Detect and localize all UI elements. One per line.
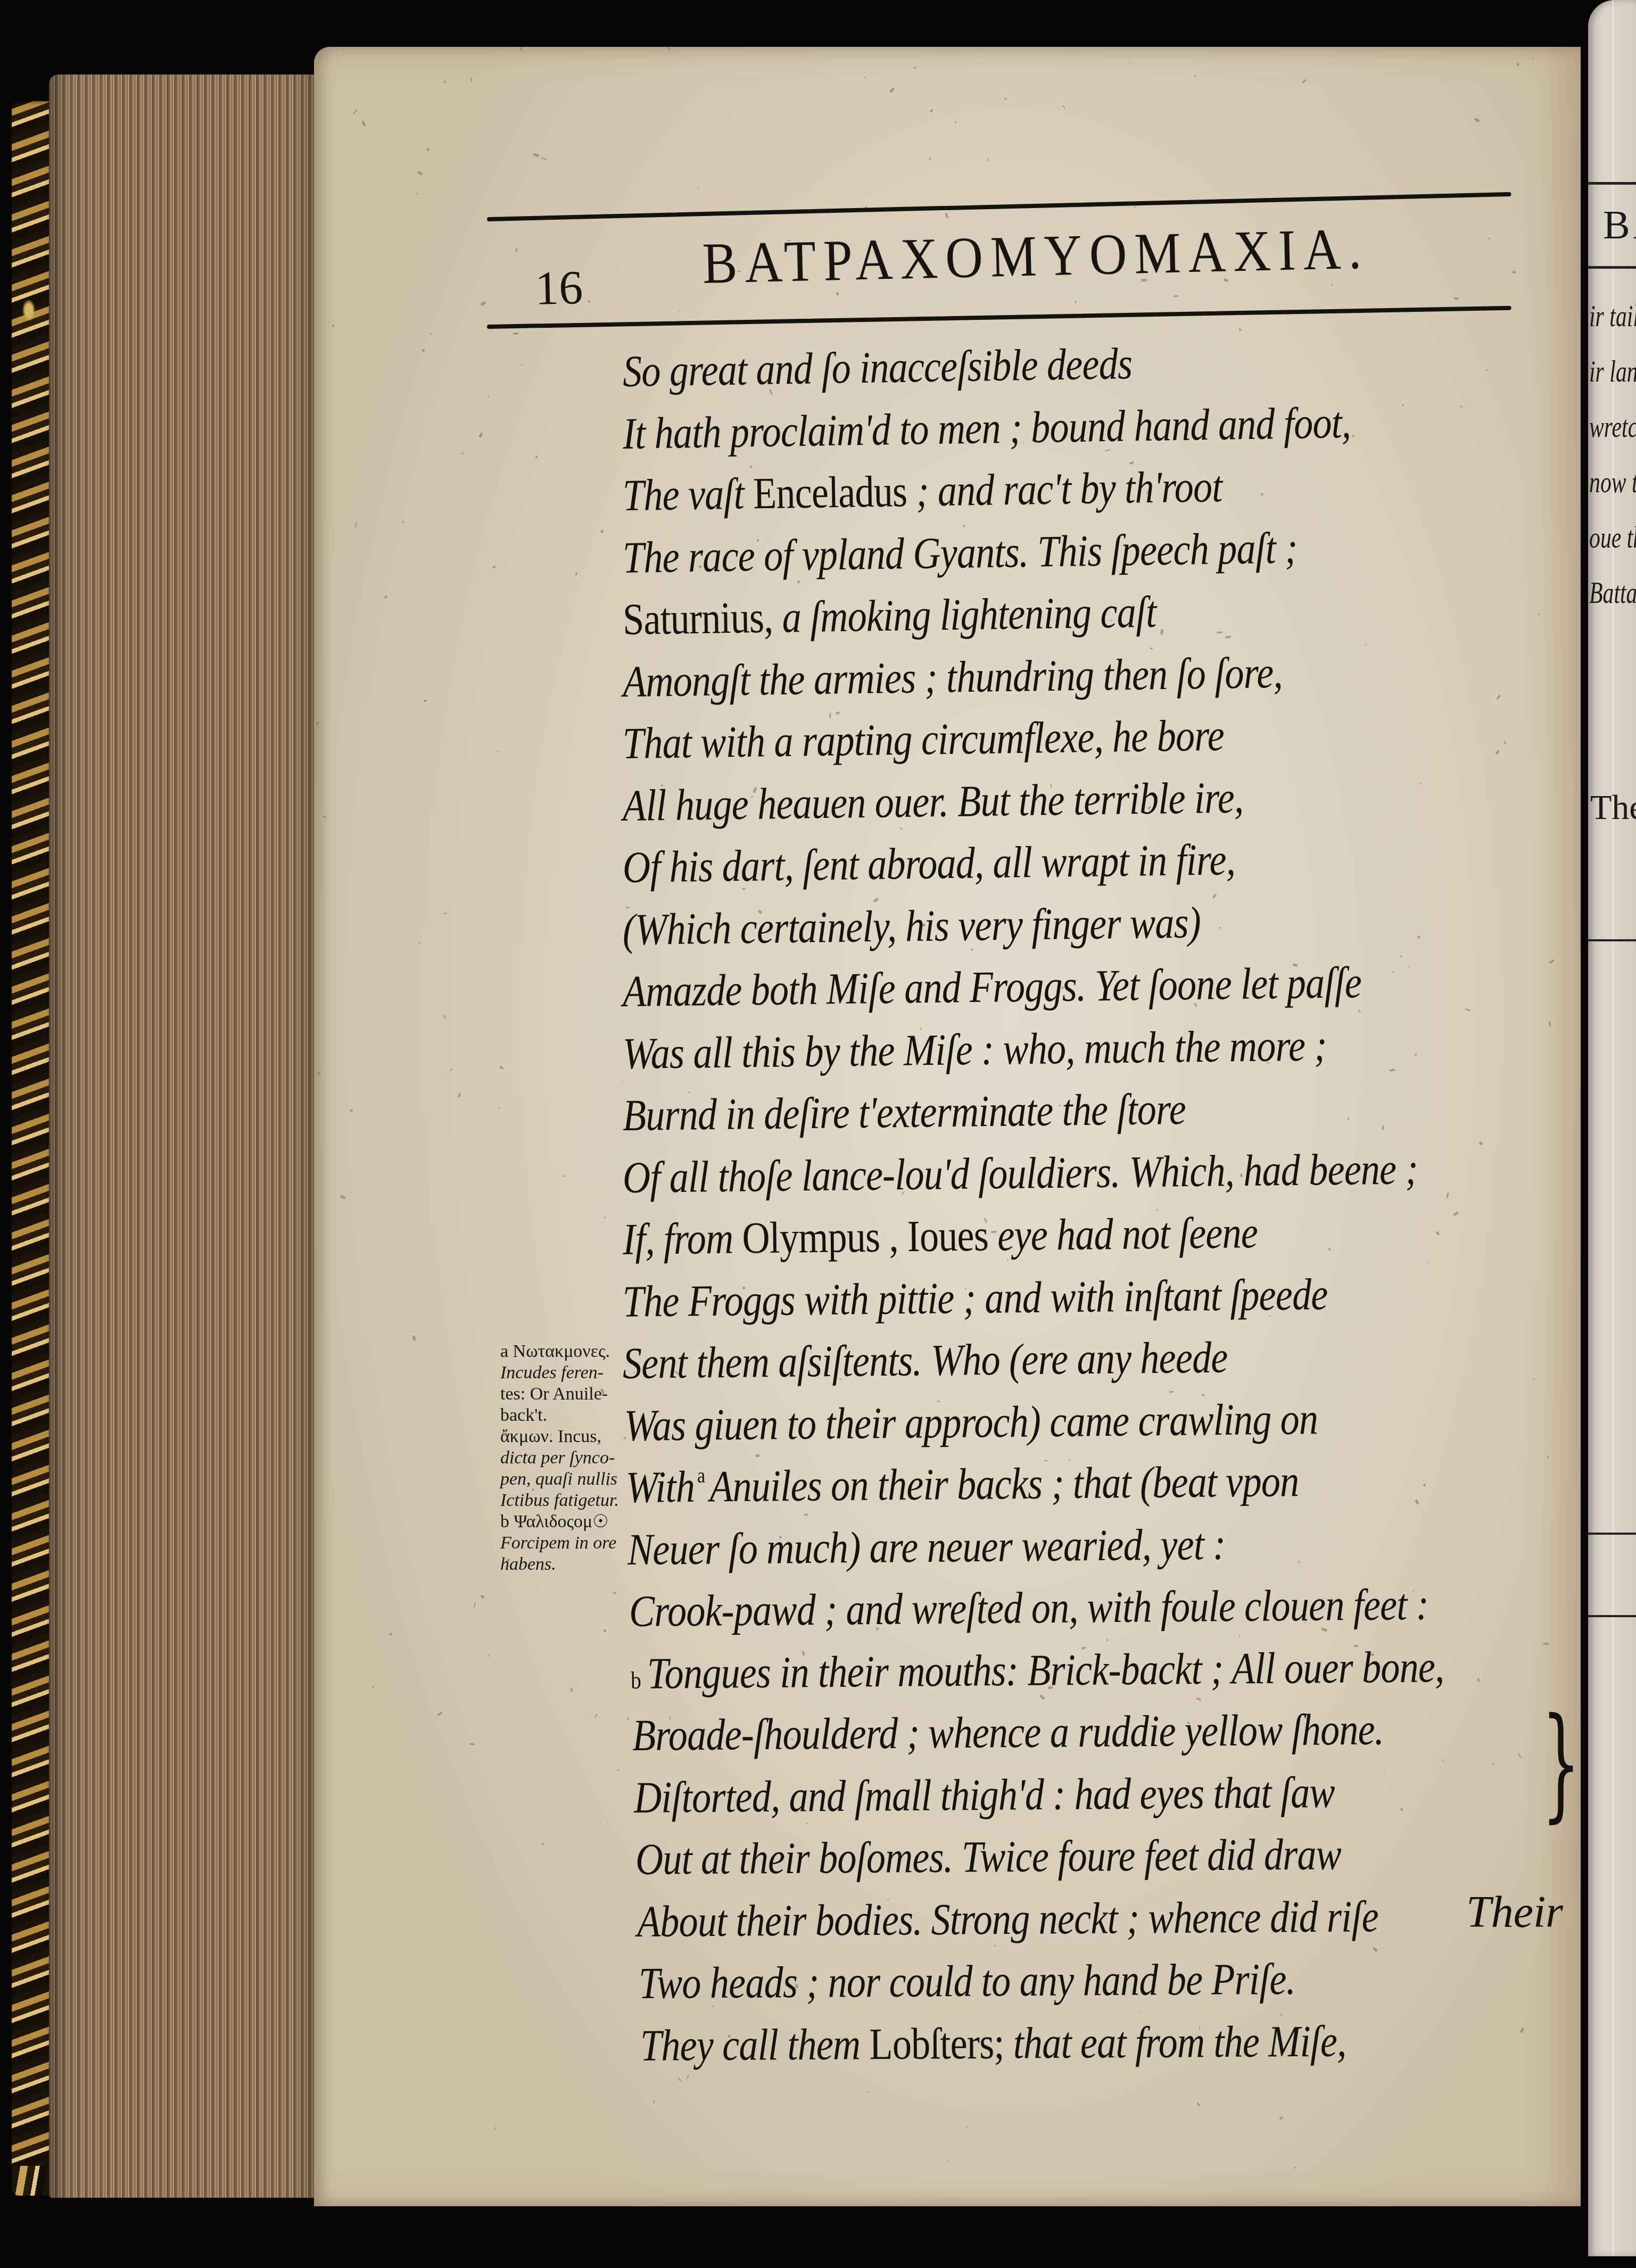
paper-speck bbox=[1408, 966, 1409, 967]
facing-page-rule bbox=[1588, 1615, 1636, 1617]
marginal-note-line: Ictibus fatigetur. bbox=[500, 1490, 633, 1511]
paper-speck bbox=[1129, 63, 1130, 65]
paper-speck bbox=[594, 1714, 598, 1717]
paper-speck bbox=[1392, 971, 1394, 973]
paper-speck bbox=[1062, 105, 1066, 109]
paper-speck bbox=[1194, 75, 1196, 77]
paper-speck bbox=[1239, 1635, 1241, 1637]
verse-line: Burnd in deſire t'exterminate the ſtore bbox=[622, 1083, 1186, 1141]
paper-speck bbox=[988, 158, 989, 161]
verse-line-text: Diſtorted, and ſmall thigh'd : had eyes … bbox=[634, 1768, 1335, 1823]
paper-speck bbox=[1517, 1753, 1522, 1758]
paper-speck bbox=[426, 147, 429, 151]
paper-speck bbox=[1384, 1772, 1385, 1773]
paper-speck bbox=[836, 711, 840, 715]
paper-speck bbox=[1302, 79, 1307, 84]
paper-speck bbox=[422, 349, 425, 352]
verse-line-text: (Which certainely, his very finger was) bbox=[622, 898, 1201, 955]
verse-line: Amongſt the armies ; thundring then ſo ſ… bbox=[622, 647, 1283, 708]
paper-speck bbox=[513, 333, 518, 335]
verse-line-text: Of his dart, ſent abroad, all wrapt in f… bbox=[622, 835, 1235, 892]
paper-speck bbox=[1465, 1008, 1470, 1011]
paper-speck bbox=[1454, 297, 1459, 300]
paper-speck bbox=[520, 47, 522, 51]
paper-speck bbox=[1160, 629, 1164, 635]
paper-speck bbox=[1446, 1193, 1449, 1198]
facing-page-line-fragment: ir tailes bbox=[1589, 298, 1636, 334]
facing-page-rule-top bbox=[1588, 182, 1636, 185]
paper-speck bbox=[1549, 959, 1555, 964]
verse-line: Neuer ſo much) are neuer wearied, yet : bbox=[627, 1519, 1226, 1576]
verse-line-text: All huge heauen ouer. But the terrible i… bbox=[622, 773, 1243, 831]
verse-line-text: Out at their boſomes. Twice foure feet d… bbox=[635, 1830, 1342, 1884]
facing-page-rule bbox=[1588, 1533, 1636, 1535]
verse-line: Two heads ; nor could to any hand be Pri… bbox=[639, 1954, 1295, 2009]
paper-speck bbox=[1420, 783, 1422, 785]
paper-speck bbox=[864, 77, 865, 79]
paper-speck bbox=[1196, 1697, 1202, 1701]
verse-line: (Which certainely, his very finger was) bbox=[622, 897, 1201, 956]
marginal-note-line: a Νωτακμονες. bbox=[500, 1341, 633, 1362]
paper-speck bbox=[1217, 632, 1222, 634]
paper-speck bbox=[603, 1629, 606, 1632]
verse-line: bTongues in their mouths: Brick-backt ; … bbox=[631, 1641, 1444, 1700]
paper-speck bbox=[1520, 2027, 1524, 2033]
paper-speck bbox=[954, 121, 956, 123]
paper-speck bbox=[1225, 635, 1231, 638]
facing-page-gutter bbox=[1613, 0, 1614, 2256]
verse-line-text: It hath proclaim'd to men ; bound hand a… bbox=[622, 398, 1351, 459]
verse-line-text: Of all thoſe lance-lou'd ſouldiers. Whic… bbox=[622, 1144, 1418, 1203]
paper-speck bbox=[1402, 404, 1403, 407]
verse-line-roman-text: Olympus , Ioues bbox=[742, 1211, 989, 1263]
paper-speck bbox=[1238, 328, 1242, 331]
verse-line-text: With bbox=[626, 1462, 695, 1512]
verse-line-text: that eat from the Miſe, bbox=[1004, 2017, 1346, 2068]
marginal-note-line: habens. bbox=[500, 1554, 633, 1575]
brace-bracket: } bbox=[1542, 1692, 1581, 1834]
catchword: Their bbox=[1466, 1886, 1563, 1938]
verse-line-text: The race of vpland Gyants. This ſpeech p… bbox=[622, 523, 1298, 583]
verse-line: Diſtorted, and ſmall thigh'd : had eyes … bbox=[634, 1767, 1335, 1824]
verse-line-text: a ſmoking lightening caſt bbox=[773, 587, 1156, 642]
paper-speck bbox=[1400, 1808, 1403, 1811]
verse-line-text: The vaſt bbox=[622, 469, 753, 520]
paper-speck bbox=[1075, 301, 1077, 303]
paper-speck bbox=[516, 248, 517, 252]
paper-speck bbox=[492, 566, 497, 568]
paper-speck bbox=[450, 1068, 453, 1071]
paper-speck bbox=[443, 1014, 446, 1019]
paper-speck bbox=[469, 1743, 475, 1745]
paper-speck bbox=[340, 1195, 345, 1199]
paper-speck bbox=[488, 1654, 490, 1657]
paper-speck bbox=[965, 2126, 968, 2128]
verse-line: Was all this by the Miſe : who, much the… bbox=[622, 1020, 1327, 1080]
verse-line: The Froggs with pittie ; and with inſtan… bbox=[622, 1269, 1327, 1328]
paper-speck bbox=[806, 1823, 808, 1825]
paper-speck bbox=[1328, 1247, 1331, 1251]
paper-speck bbox=[332, 324, 335, 327]
paper-speck bbox=[430, 333, 432, 335]
paper-speck bbox=[1261, 493, 1263, 496]
paper-speck bbox=[679, 311, 680, 312]
paper-speck bbox=[323, 816, 327, 818]
facing-page-end-text: The er bbox=[1590, 788, 1636, 828]
paper-speck bbox=[604, 1216, 606, 1219]
footnote-marker: b bbox=[631, 1667, 641, 1694]
paper-speck bbox=[1279, 2116, 1283, 2120]
verse-line-text: Amongſt the armies ; thundring then ſo ſ… bbox=[622, 648, 1283, 707]
paper-speck bbox=[1513, 271, 1516, 274]
paper-speck bbox=[1134, 206, 1136, 208]
paper-speck bbox=[575, 572, 577, 576]
page-number: 16 bbox=[534, 260, 583, 316]
verse-line-roman-text: Lobſters; bbox=[869, 2019, 1004, 2070]
paper-speck bbox=[1169, 1390, 1174, 1393]
paper-speck bbox=[571, 1687, 572, 1692]
paper-speck bbox=[1298, 1560, 1300, 1563]
paper-speck bbox=[667, 46, 671, 49]
marginal-note-line: ἄκμων. Incus, bbox=[500, 1426, 633, 1447]
verse-line: Saturnius, a ſmoking lightening caſt bbox=[622, 586, 1156, 645]
paper-speck bbox=[353, 109, 358, 114]
paper-speck bbox=[474, 1603, 475, 1608]
facing-page-header: BA bbox=[1603, 202, 1636, 249]
marginal-note-line: b Ψαλιδοςομ☉ bbox=[500, 1511, 633, 1533]
verse-line: The race of vpland Gyants. This ſpeech p… bbox=[622, 522, 1298, 584]
verse-line-text: ; and rac't by th'root bbox=[906, 462, 1222, 516]
verse-line: Was giuen to their approch) came crawlin… bbox=[624, 1393, 1318, 1452]
verse-line-text: Two heads ; nor could to any hand be Pri… bbox=[639, 1955, 1295, 2008]
paper-speck bbox=[350, 1110, 353, 1112]
verse-line-text: So great and ſo inacceſsible deeds bbox=[622, 339, 1132, 396]
verse-line-text: Was all this by the Miſe : who, much the… bbox=[622, 1021, 1327, 1079]
paper-speck bbox=[444, 913, 447, 914]
paper-speck bbox=[402, 521, 404, 523]
paper-speck bbox=[461, 452, 464, 454]
paper-speck bbox=[1478, 1141, 1483, 1146]
verse-line: So great and ſo inacceſsible deeds bbox=[622, 338, 1133, 398]
facing-page-line-fragment: now the bbox=[1589, 464, 1636, 500]
paper-speck bbox=[1488, 237, 1491, 239]
paper-speck bbox=[458, 1093, 461, 1098]
paper-speck bbox=[1547, 1456, 1549, 1459]
paper-speck bbox=[1436, 1231, 1440, 1236]
paper-speck bbox=[521, 364, 523, 366]
facing-page-line-fragment: ir lances bbox=[1589, 353, 1636, 389]
marginal-note-line: pen, quaſi nullis bbox=[500, 1469, 633, 1490]
paper-speck bbox=[1174, 295, 1178, 297]
paper-speck bbox=[929, 158, 931, 160]
paper-speck bbox=[1294, 2167, 1296, 2169]
paper-speck bbox=[914, 67, 917, 69]
paper-speck bbox=[623, 1080, 624, 1081]
paper-speck bbox=[687, 2075, 689, 2079]
verse-line: That with a rapting circumflexe, he bore bbox=[622, 710, 1224, 769]
paper-speck bbox=[1106, 1639, 1108, 1641]
paper-speck bbox=[535, 456, 538, 459]
verse-line-roman-text: Saturnius, bbox=[622, 593, 773, 644]
verse-line: They call them Lobſters; that eat from t… bbox=[640, 2016, 1346, 2072]
verse-line: The vaſt Enceladus ; and rac't by th'roo… bbox=[622, 461, 1222, 522]
verse-line: If, from Olympus , Ioues eye had not ſee… bbox=[622, 1207, 1258, 1265]
paper-speck bbox=[654, 2100, 655, 2104]
verse-line: WithaAnuiles on their backs ; that (beat… bbox=[626, 1455, 1299, 1513]
paper-speck bbox=[867, 2091, 869, 2092]
facing-page-rule bbox=[1588, 939, 1636, 941]
paper-speck bbox=[948, 2160, 949, 2162]
verse-line-text: About their bodies. Strong neckt ; whenc… bbox=[637, 1892, 1378, 1947]
paper-speck bbox=[1197, 2102, 1201, 2106]
verse-line: Broade-ſhoulderd ; whence a ruddie yello… bbox=[632, 1704, 1384, 1761]
paper-speck bbox=[385, 595, 387, 599]
verse-line-text: The Froggs with pittie ; and with inſtan… bbox=[623, 1270, 1328, 1327]
verse-line: All huge heauen ouer. But the terrible i… bbox=[622, 772, 1243, 832]
paper-speck bbox=[470, 77, 472, 82]
paper-speck bbox=[1495, 750, 1499, 755]
paper-speck bbox=[542, 1843, 544, 1845]
paper-speck bbox=[889, 87, 895, 93]
paper-speck bbox=[361, 120, 366, 127]
paper-speck bbox=[418, 942, 420, 944]
marginal-note-line: tes: Or Anuile- bbox=[500, 1384, 633, 1405]
paper-speck bbox=[755, 1454, 759, 1458]
paper-speck bbox=[617, 1769, 619, 1772]
paper-speck bbox=[1492, 1762, 1495, 1765]
paper-speck bbox=[1474, 118, 1480, 122]
paper-speck bbox=[1453, 1211, 1459, 1216]
verse-line-text: eye had not ſeene bbox=[988, 1208, 1258, 1260]
paper-speck bbox=[613, 1591, 617, 1595]
verse-line: Sent them aſsiſtents. Who (ere any heede bbox=[623, 1331, 1228, 1389]
verse-line-text: Amazde both Miſe and Froggs. Yet ſoone l… bbox=[622, 958, 1361, 1016]
paper-speck bbox=[424, 700, 427, 702]
verse-line: Out at their boſomes. Twice foure feet d… bbox=[635, 1828, 1342, 1885]
facing-page-line-fragment: oue the e bbox=[1589, 519, 1636, 555]
paper-speck bbox=[499, 1065, 504, 1070]
paper-speck bbox=[1373, 1947, 1378, 1952]
paper-speck bbox=[495, 2127, 497, 2130]
paper-speck bbox=[1557, 77, 1558, 78]
paper-speck bbox=[1423, 1484, 1426, 1486]
paper-speck bbox=[498, 1108, 500, 1110]
verse-line-text: Crook-pawd ; and wreſted on, with foule … bbox=[629, 1580, 1429, 1636]
marginal-note-line: Forcipem in ore bbox=[500, 1533, 633, 1554]
verse-line-text: That with a rapting circumflexe, he bore bbox=[622, 711, 1224, 768]
verse-line-text: Broade-ſhoulderd ; whence a ruddie yello… bbox=[632, 1705, 1384, 1760]
verse-line-roman-text: Enceladus bbox=[753, 467, 907, 518]
paper-speck bbox=[1417, 936, 1420, 939]
paper-speck bbox=[373, 1686, 374, 1689]
paper-speck bbox=[1427, 1263, 1428, 1264]
verse-line: Of all thoſe lance-lou'd ſouldiers. Whic… bbox=[622, 1143, 1418, 1204]
verse-line: Amazde both Miſe and Froggs. Yet ſoone l… bbox=[622, 957, 1361, 1017]
paper-speck bbox=[1382, 1125, 1384, 1130]
paper-speck bbox=[1212, 893, 1217, 899]
paper-speck bbox=[412, 1335, 416, 1341]
paper-speck bbox=[1496, 694, 1501, 700]
verse-line: Crook-pawd ; and wreſted on, with foule … bbox=[629, 1579, 1429, 1637]
paper-speck bbox=[678, 2077, 682, 2082]
facing-page-rule-bottom bbox=[1588, 266, 1636, 269]
paper-speck bbox=[804, 1513, 808, 1516]
paper-speck bbox=[1004, 97, 1007, 100]
gilt-cover-edge bbox=[12, 101, 54, 2192]
paper-speck bbox=[1516, 62, 1519, 66]
paper-speck bbox=[600, 529, 604, 533]
facing-page-line-fragment: Battaile bbox=[1589, 575, 1636, 610]
paper-speck bbox=[563, 1176, 566, 1177]
facing-page-line-fragment: wretche bbox=[1589, 409, 1636, 444]
paper-speck bbox=[1533, 57, 1534, 60]
marginal-note-line: back't. bbox=[500, 1405, 633, 1426]
paper-speck bbox=[1538, 613, 1540, 616]
verse-line-text: Sent them aſsiſtents. Who (ere any heede bbox=[623, 1332, 1228, 1388]
paper-speck bbox=[1352, 435, 1354, 437]
page-fore-edge-stack bbox=[49, 75, 320, 2198]
paper-speck bbox=[1532, 1378, 1534, 1380]
verse-line-text: Tongues in their mouths: Brick-backt ; A… bbox=[647, 1642, 1444, 1699]
verse-line: Of his dart, ſent abroad, all wrapt in f… bbox=[622, 834, 1235, 893]
paper-speck bbox=[437, 1711, 443, 1716]
verse-line-text: Was giuen to their approch) came crawlin… bbox=[624, 1394, 1318, 1451]
verse-line: About their bodies. Strong neckt ; whenc… bbox=[637, 1891, 1378, 1948]
paper-speck bbox=[1460, 405, 1463, 408]
paper-speck bbox=[417, 171, 423, 176]
paper-speck bbox=[627, 1718, 630, 1720]
verse-line-text: Neuer ſo much) are neuer wearied, yet : bbox=[627, 1520, 1226, 1575]
paper-speck bbox=[945, 213, 949, 219]
paper-speck bbox=[480, 1594, 484, 1599]
marginal-note-line: dicta per ſynco- bbox=[500, 1447, 633, 1469]
paper-speck bbox=[541, 157, 547, 160]
footnote-marker: a bbox=[697, 1463, 705, 1487]
paper-speck bbox=[533, 153, 539, 158]
paper-speck bbox=[1347, 1118, 1350, 1121]
paper-speck bbox=[1390, 1069, 1395, 1072]
paper-speck bbox=[1415, 1499, 1419, 1504]
verse-line-text: Burnd in deſire t'exterminate the ſtore bbox=[622, 1085, 1186, 1140]
paper-speck bbox=[1504, 741, 1506, 744]
paper-speck bbox=[317, 1072, 320, 1075]
paper-speck bbox=[1442, 1760, 1443, 1762]
paper-speck bbox=[480, 301, 486, 307]
paper-speck bbox=[1331, 283, 1333, 286]
paper-speck bbox=[443, 80, 447, 84]
paper-speck bbox=[354, 522, 357, 527]
paper-speck bbox=[478, 432, 483, 437]
verse-line-text: If, from bbox=[622, 1214, 742, 1264]
paper-speck bbox=[389, 1633, 393, 1636]
paper-speck bbox=[1486, 369, 1488, 370]
paper-speck bbox=[1548, 1021, 1551, 1027]
paper-speck bbox=[316, 722, 319, 725]
verse-line-text: They call them bbox=[640, 2019, 870, 2071]
paper-speck bbox=[1543, 1643, 1549, 1645]
marginal-note-line: Incudes feren- bbox=[500, 1362, 633, 1384]
marginal-notes: a Νωτακμονες.Incudes feren-tes: Or Anuil… bbox=[500, 1341, 633, 1575]
paper-speck bbox=[1399, 955, 1402, 958]
paper-speck bbox=[1141, 2013, 1142, 2014]
paper-speck bbox=[1365, 644, 1366, 646]
paper-speck bbox=[588, 300, 591, 303]
paper-speck bbox=[1219, 926, 1222, 929]
paper-speck bbox=[497, 750, 499, 752]
paper-speck bbox=[417, 193, 418, 194]
paper-speck bbox=[1414, 1053, 1417, 1056]
paper-speck bbox=[697, 188, 699, 189]
paper-speck bbox=[1477, 1678, 1480, 1682]
verse-line-text: Anuiles on their backs ; that (beat vpon bbox=[709, 1456, 1299, 1511]
paper-speck bbox=[1358, 1009, 1361, 1013]
paper-speck bbox=[930, 109, 933, 113]
paper-speck bbox=[600, 1823, 601, 1825]
facing-page: BA ir tailesir lanceswretchenow theoue t… bbox=[1588, 0, 1636, 2256]
paper-speck bbox=[488, 396, 490, 398]
